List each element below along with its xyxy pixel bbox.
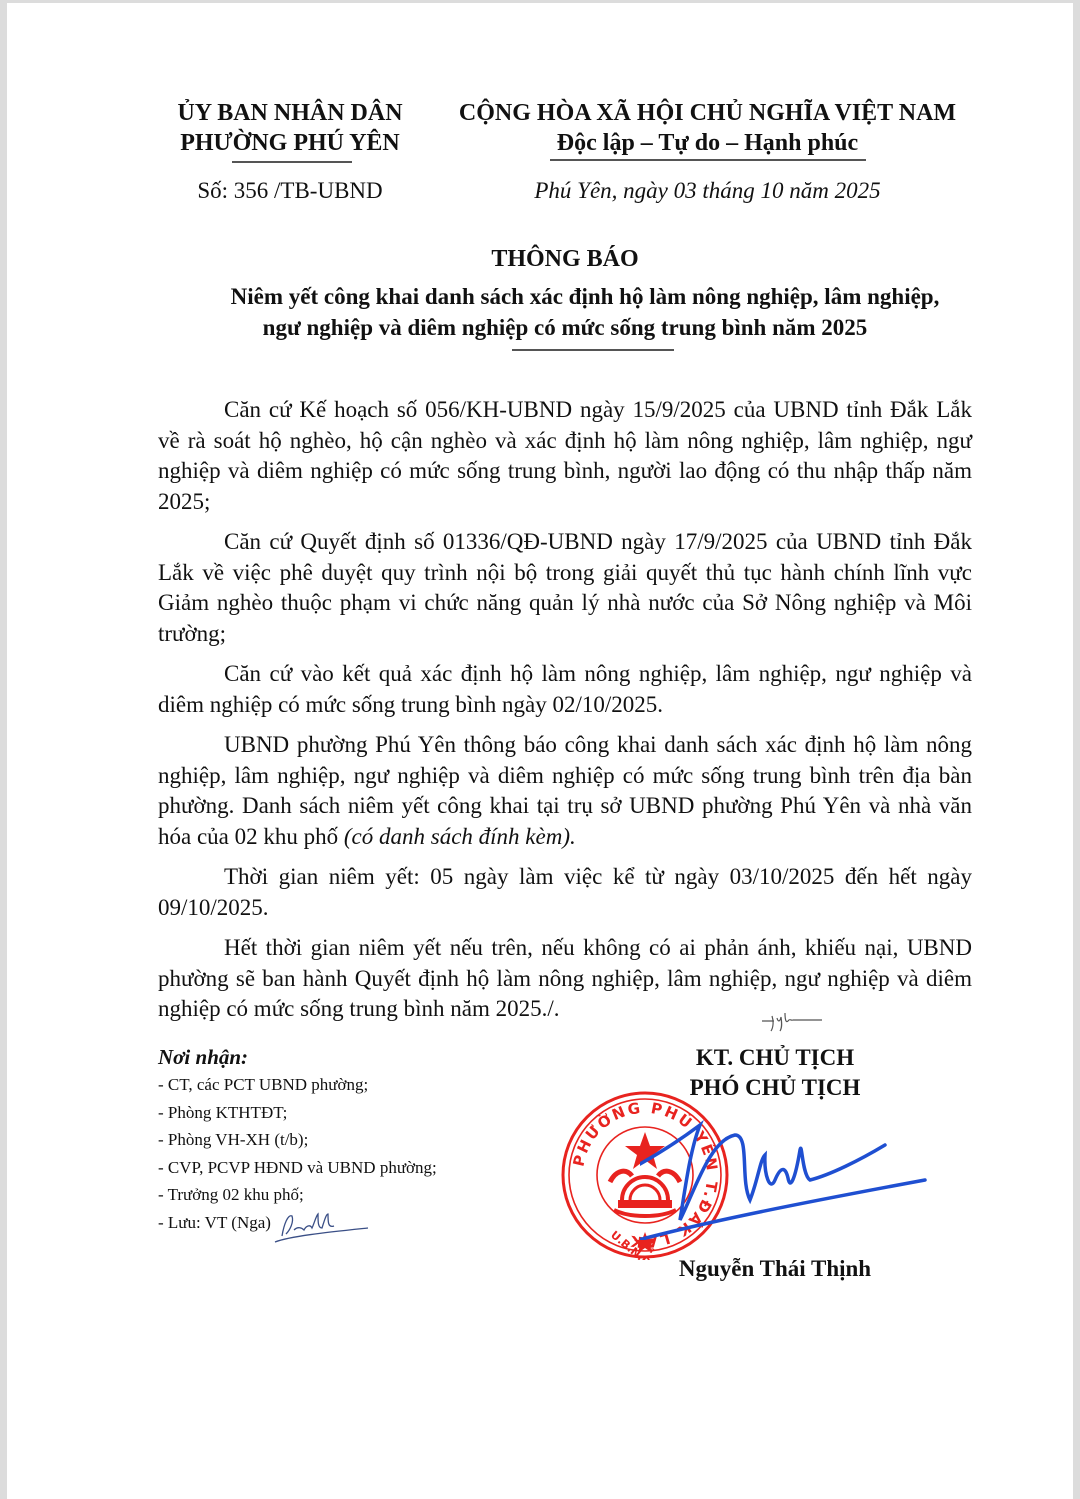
document-body: Căn cứ Kế hoạch số 056/KH-UBND ngày 15/9… [158, 395, 972, 1035]
recipient-item: - CVP, PCVP HĐND và UBND phường; [158, 1154, 538, 1182]
paragraph-legal-basis-2: Căn cứ Quyết định số 01336/QĐ-UBND ngày … [158, 527, 972, 649]
subtitle-line-2: ngư nghiệp và diêm nghiệp có mức sống tr… [150, 312, 980, 343]
title-underline [512, 349, 674, 351]
agency-underline [232, 161, 352, 163]
motto-underline [550, 159, 866, 161]
paragraph-posting-period: Thời gian niêm yết: 05 ngày làm việc kể … [158, 862, 972, 923]
place-date: Phú Yên, ngày 03 tháng 10 năm 2025 [435, 178, 980, 204]
nation-line-1: CỘNG HÒA XÃ HỘI CHỦ NGHĨA VIỆT NAM [435, 98, 980, 128]
agency-line-2: PHƯỜNG PHÚ YÊN [150, 128, 430, 158]
document-title: THÔNG BÁO [150, 246, 980, 273]
handwritten-signature [640, 1120, 930, 1240]
signature-title-line-1: KT. CHỦ TỊCH [640, 1043, 910, 1073]
attachment-note: (có danh sách đính kèm). [338, 824, 576, 849]
recipient-item: - Phòng VH-XH (t/b); [158, 1126, 538, 1154]
paragraph-legal-basis-1: Căn cứ Kế hoạch số 056/KH-UBND ngày 15/9… [158, 395, 972, 517]
subtitle-line-1: Niêm yết công khai danh sách xác định hộ… [150, 281, 980, 312]
agency-line-1: ỦY BAN NHÂN DÂN [150, 98, 430, 128]
nation-line-2: Độc lập – Tự do – Hạnh phúc [435, 128, 980, 158]
document-subtitle: Niêm yết công khai danh sách xác định hộ… [150, 281, 980, 343]
document-number: Số: 356 /TB-UBND [150, 178, 430, 204]
paragraph-announcement: UBND phường Phú Yên thông báo công khai … [158, 730, 972, 852]
national-motto: CỘNG HÒA XÃ HỘI CHỦ NGHĨA VIỆT NAM Độc l… [435, 98, 980, 158]
paragraph-closing: Hết thời gian niêm yết nếu trên, nếu khô… [158, 933, 972, 1025]
recipient-item: - CT, các PCT UBND phường; [158, 1071, 538, 1099]
clerk-initials-mark [270, 1206, 375, 1246]
issuing-agency: ỦY BAN NHÂN DÂN PHƯỜNG PHÚ YÊN [150, 98, 430, 158]
recipient-item: - Phòng KTHTĐT; [158, 1099, 538, 1127]
paragraph-legal-basis-3: Căn cứ vào kết quả xác định hộ làm nông … [158, 659, 972, 720]
recipients-label: Nơi nhận: [158, 1043, 538, 1071]
recipient-item: - Trưởng 02 khu phố; [158, 1181, 538, 1209]
initials-mark [760, 1008, 830, 1032]
closing-text: Hết thời gian niêm yết nếu trên, nếu khô… [158, 935, 972, 1021]
signer-name: Nguyễn Thái Thịnh [640, 1256, 910, 1282]
